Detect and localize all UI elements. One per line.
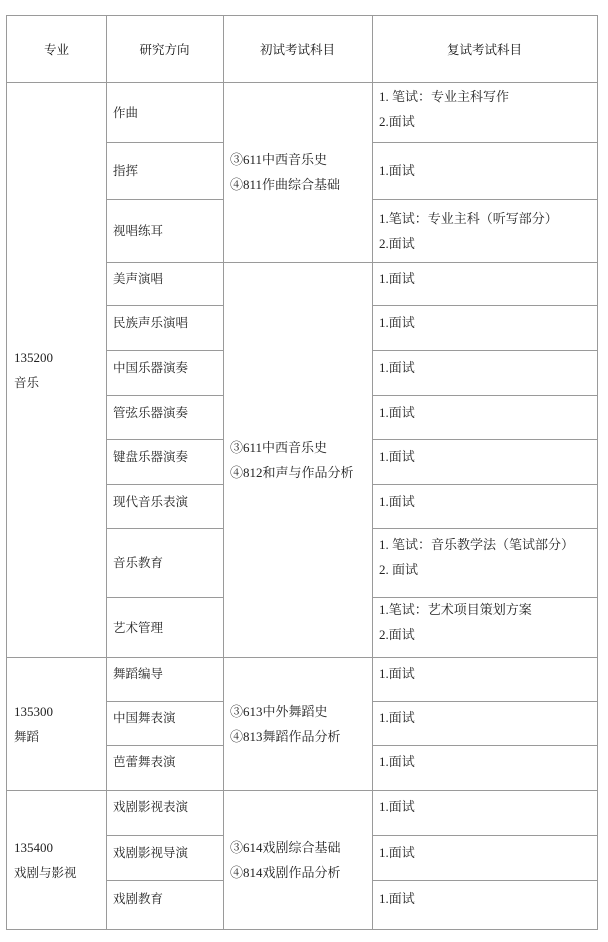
- direction-cell: 作曲: [106, 82, 224, 143]
- retest-line: 1.面试: [379, 158, 597, 183]
- header-major-label: 专业: [44, 37, 69, 62]
- retest-cell: 1.面试: [372, 305, 598, 351]
- retest-line: 1.面试: [379, 489, 597, 514]
- retest-line: 1.笔试：艺术项目策划方案: [379, 597, 597, 622]
- major-cell-drama: 135400 戏剧与影视: [6, 790, 107, 930]
- direction-cell: 艺术管理: [106, 597, 224, 658]
- initial-exam-cell: ③614戏剧综合基础 ④814戏剧作品分析: [223, 790, 373, 930]
- retest-cell: 1.面试: [372, 439, 598, 485]
- retest-cell: 1.面试: [372, 880, 598, 930]
- direction-cell: 戏剧影视表演: [106, 790, 224, 836]
- major-code: 135300: [14, 699, 106, 724]
- header-initial-exam-label: 初试考试科目: [260, 37, 335, 62]
- major-name: 戏剧与影视: [14, 860, 106, 885]
- direction-label: 民族声乐演唱: [113, 310, 223, 335]
- direction-label: 中国乐器演奏: [113, 355, 223, 380]
- retest-line: 1.笔试：专业主科（听写部分）: [379, 206, 597, 231]
- retest-cell: 1.面试: [372, 484, 598, 529]
- retest-line: 1.面试: [379, 794, 597, 819]
- retest-line: 1.面试: [379, 400, 597, 425]
- initial-exam-line: ④813舞蹈作品分析: [230, 724, 372, 749]
- retest-cell: 1.面试: [372, 701, 598, 746]
- retest-cell: 1.面试: [372, 350, 598, 396]
- direction-cell: 指挥: [106, 142, 224, 200]
- direction-cell: 民族声乐演唱: [106, 305, 224, 351]
- direction-label: 音乐教育: [113, 550, 223, 575]
- retest-line: 1. 笔试：音乐教学法（笔试部分）: [379, 532, 597, 557]
- direction-label: 美声演唱: [113, 266, 223, 291]
- header-direction-label: 研究方向: [139, 37, 189, 62]
- major-name: 音乐: [14, 370, 106, 395]
- direction-cell: 键盘乐器演奏: [106, 439, 224, 485]
- major-code: 135400: [14, 835, 106, 860]
- direction-label: 作曲: [113, 100, 223, 125]
- retest-line: 2.面试: [379, 109, 597, 134]
- initial-exam-cell: ③613中外舞蹈史 ④813舞蹈作品分析: [223, 657, 373, 791]
- retest-cell: 1.面试: [372, 745, 598, 791]
- direction-cell: 中国舞表演: [106, 701, 224, 746]
- retest-cell: 1.笔试：专业主科（听写部分） 2.面试: [372, 199, 598, 263]
- retest-line: 1.面试: [379, 749, 597, 774]
- direction-cell: 戏剧教育: [106, 880, 224, 930]
- retest-cell: 1.面试: [372, 395, 598, 440]
- exam-subjects-table: 专业 研究方向 初试考试科目 复试考试科目 135200 音乐 135300 舞…: [6, 15, 598, 930]
- initial-exam-line: ③613中外舞蹈史: [230, 699, 372, 724]
- direction-label: 中国舞表演: [113, 705, 223, 730]
- initial-exam-line: ④814戏剧作品分析: [230, 860, 372, 885]
- initial-exam-cell: ③611中西音乐史 ④812和声与作品分析: [223, 262, 373, 658]
- retest-line: 1.面试: [379, 444, 597, 469]
- retest-line: 1. 笔试：专业主科写作: [379, 84, 597, 109]
- retest-line: 1.面试: [379, 661, 597, 686]
- header-retest-exam: 复试考试科目: [372, 15, 598, 83]
- initial-exam-line: ③614戏剧综合基础: [230, 835, 372, 860]
- retest-line: 2. 面试: [379, 557, 597, 582]
- direction-cell: 音乐教育: [106, 528, 224, 598]
- direction-label: 艺术管理: [113, 615, 223, 640]
- retest-cell: 1.面试: [372, 790, 598, 836]
- direction-label: 键盘乐器演奏: [113, 444, 223, 469]
- major-code: 135200: [14, 345, 106, 370]
- direction-label: 管弦乐器演奏: [113, 400, 223, 425]
- major-cell-dance: 135300 舞蹈: [6, 657, 107, 791]
- retest-line: 1.面试: [379, 840, 597, 865]
- direction-cell: 美声演唱: [106, 262, 224, 306]
- initial-exam-cell: ③611中西音乐史 ④811作曲综合基础: [223, 82, 373, 263]
- header-direction: 研究方向: [106, 15, 224, 83]
- retest-cell: 1.笔试：艺术项目策划方案 2.面试: [372, 597, 598, 658]
- direction-cell: 现代音乐表演: [106, 484, 224, 529]
- retest-line: 1.面试: [379, 355, 597, 380]
- direction-label: 视唱练耳: [113, 218, 223, 243]
- retest-cell: 1. 笔试：专业主科写作 2.面试: [372, 82, 598, 143]
- direction-label: 戏剧教育: [113, 886, 223, 911]
- retest-line: 2.面试: [379, 231, 597, 256]
- retest-cell: 1. 笔试：音乐教学法（笔试部分） 2. 面试: [372, 528, 598, 598]
- retest-cell: 1.面试: [372, 657, 598, 702]
- direction-cell: 中国乐器演奏: [106, 350, 224, 396]
- retest-cell: 1.面试: [372, 835, 598, 881]
- direction-cell: 视唱练耳: [106, 199, 224, 263]
- retest-cell: 1.面试: [372, 142, 598, 200]
- initial-exam-line: ③611中西音乐史: [230, 435, 372, 460]
- retest-line: 1.面试: [379, 310, 597, 335]
- retest-line: 2.面试: [379, 622, 597, 647]
- direction-label: 指挥: [113, 158, 223, 183]
- header-major: 专业: [6, 15, 107, 83]
- direction-label: 戏剧影视表演: [113, 794, 223, 819]
- initial-exam-line: ④812和声与作品分析: [230, 460, 372, 485]
- major-name: 舞蹈: [14, 724, 106, 749]
- direction-label: 现代音乐表演: [113, 489, 223, 514]
- direction-cell: 芭蕾舞表演: [106, 745, 224, 791]
- major-cell-music: 135200 音乐: [6, 82, 107, 658]
- retest-line: 1.面试: [379, 266, 597, 291]
- direction-cell: 戏剧影视导演: [106, 835, 224, 881]
- retest-line: 1.面试: [379, 886, 597, 911]
- retest-cell: 1.面试: [372, 262, 598, 306]
- direction-label: 舞蹈编导: [113, 661, 223, 686]
- direction-label: 芭蕾舞表演: [113, 749, 223, 774]
- retest-line: 1.面试: [379, 705, 597, 730]
- header-initial-exam: 初试考试科目: [223, 15, 373, 83]
- direction-cell: 舞蹈编导: [106, 657, 224, 702]
- direction-label: 戏剧影视导演: [113, 840, 223, 865]
- initial-exam-line: ③611中西音乐史: [230, 147, 372, 172]
- header-retest-exam-label: 复试考试科目: [447, 37, 522, 62]
- initial-exam-line: ④811作曲综合基础: [230, 172, 372, 197]
- direction-cell: 管弦乐器演奏: [106, 395, 224, 440]
